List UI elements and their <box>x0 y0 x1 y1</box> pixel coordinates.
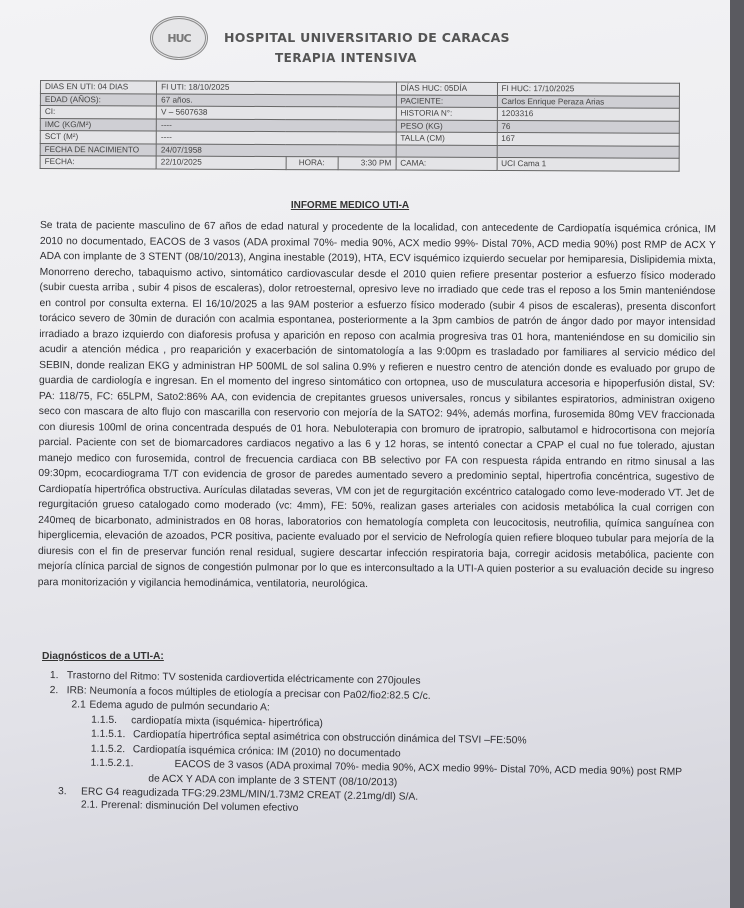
diagnosis-text: cardiopatía mixta (isquémica- hipertrófi… <box>131 715 323 729</box>
paciente-label: PACIENTE: <box>396 95 497 108</box>
diagnosis-number: 2. <box>50 684 59 695</box>
diagnosis-number: 2.1 <box>71 699 85 710</box>
peso-label: PESO (KG) <box>396 120 497 133</box>
diagnosis-text: Edema agudo de pulmón secundario A: <box>89 700 269 714</box>
diagnosis-text: Trastorno del Ritmo: TV sostenida cardio… <box>67 670 421 687</box>
nacimiento-label: FECHA DE NACIMIENTO <box>40 143 156 156</box>
cama-label: CAMA: <box>396 157 497 170</box>
diagnosis-number: 1.1.5.1. <box>91 729 126 741</box>
sct-label: SCT (M²) <box>40 131 156 144</box>
report-body: Se trata de paciente masculino de 67 año… <box>38 218 716 594</box>
fecha-value: 22/10/2025 <box>156 156 285 169</box>
diagnosis-number: 1.1.5. <box>91 714 117 725</box>
table-row: FECHA: 22/10/2025 HORA: 3:30 PM CAMA: UC… <box>40 156 679 171</box>
hora-value: 3:30 PM <box>338 157 396 170</box>
fi-huc: FI HUC: 17/10/2025 <box>497 82 680 95</box>
dias-huc: DÍAS HUC: 05DÍA <box>396 82 497 95</box>
edad-value: 67 años. <box>157 94 397 108</box>
historia-label: HISTORIA N°: <box>396 107 497 120</box>
diagnosis-number: 1. <box>50 670 59 681</box>
fecha-label: FECHA: <box>40 156 156 169</box>
empty-cell <box>497 145 680 158</box>
hospital-name: HOSPITAL UNIVERSITARIO DE CARACAS <box>224 30 510 45</box>
ci-label: CI: <box>40 106 156 119</box>
diagnosis-number: 1.1.5.2.1. <box>90 758 133 770</box>
sct-value: ---- <box>156 131 396 145</box>
diagnosis-number: 1.1.5.2. <box>91 743 126 755</box>
fi-uti: FI UTI: 18/10/2025 <box>157 81 397 95</box>
document-header: HUC HOSPITAL UNIVERSITARIO DE CARACAS TE… <box>148 14 568 74</box>
report-title: INFORME MEDICO UTI-A <box>0 200 700 211</box>
empty-cell <box>396 145 497 158</box>
diagnosis-text: 2.1. Prerenal: disminución Del volumen e… <box>81 800 299 814</box>
dias-uti: DIAS EN UTI: 04 DIAS <box>40 81 156 94</box>
imc-value: ---- <box>156 119 396 133</box>
paciente-value: Carlos Enrique Peraza Arias <box>497 95 680 108</box>
edad-label: EDAD (AÑOS): <box>40 93 156 106</box>
historia-value: 1203316 <box>497 107 680 120</box>
hospital-logo-icon: HUC <box>150 16 208 60</box>
imc-label: IMC (KG/M²) <box>40 118 156 131</box>
talla-label: TALLA (CM) <box>396 132 497 145</box>
diagnosis-number: 3. <box>58 786 67 797</box>
peso-value: 76 <box>497 120 680 133</box>
hora-label: HORA: <box>286 157 338 170</box>
cama-value: UCI Cama 1 <box>497 157 680 170</box>
talla-value: 167 <box>497 132 680 145</box>
ci-value: V – 5607638 <box>157 106 397 120</box>
diagnoses-title: Diagnósticos de a UTI-A: <box>42 651 164 662</box>
patient-info-table: DIAS EN UTI: 04 DIAS FI UTI: 18/10/2025 … <box>40 80 680 171</box>
department-name: TERAPIA INTENSIVA <box>275 51 417 65</box>
nacimiento-value: 24/07/1958 <box>156 144 396 158</box>
diagnoses-list: 1. Trastorno del Ritmo: TV sostenida car… <box>48 670 710 824</box>
document-page: HUC HOSPITAL UNIVERSITARIO DE CARACAS TE… <box>0 0 730 908</box>
